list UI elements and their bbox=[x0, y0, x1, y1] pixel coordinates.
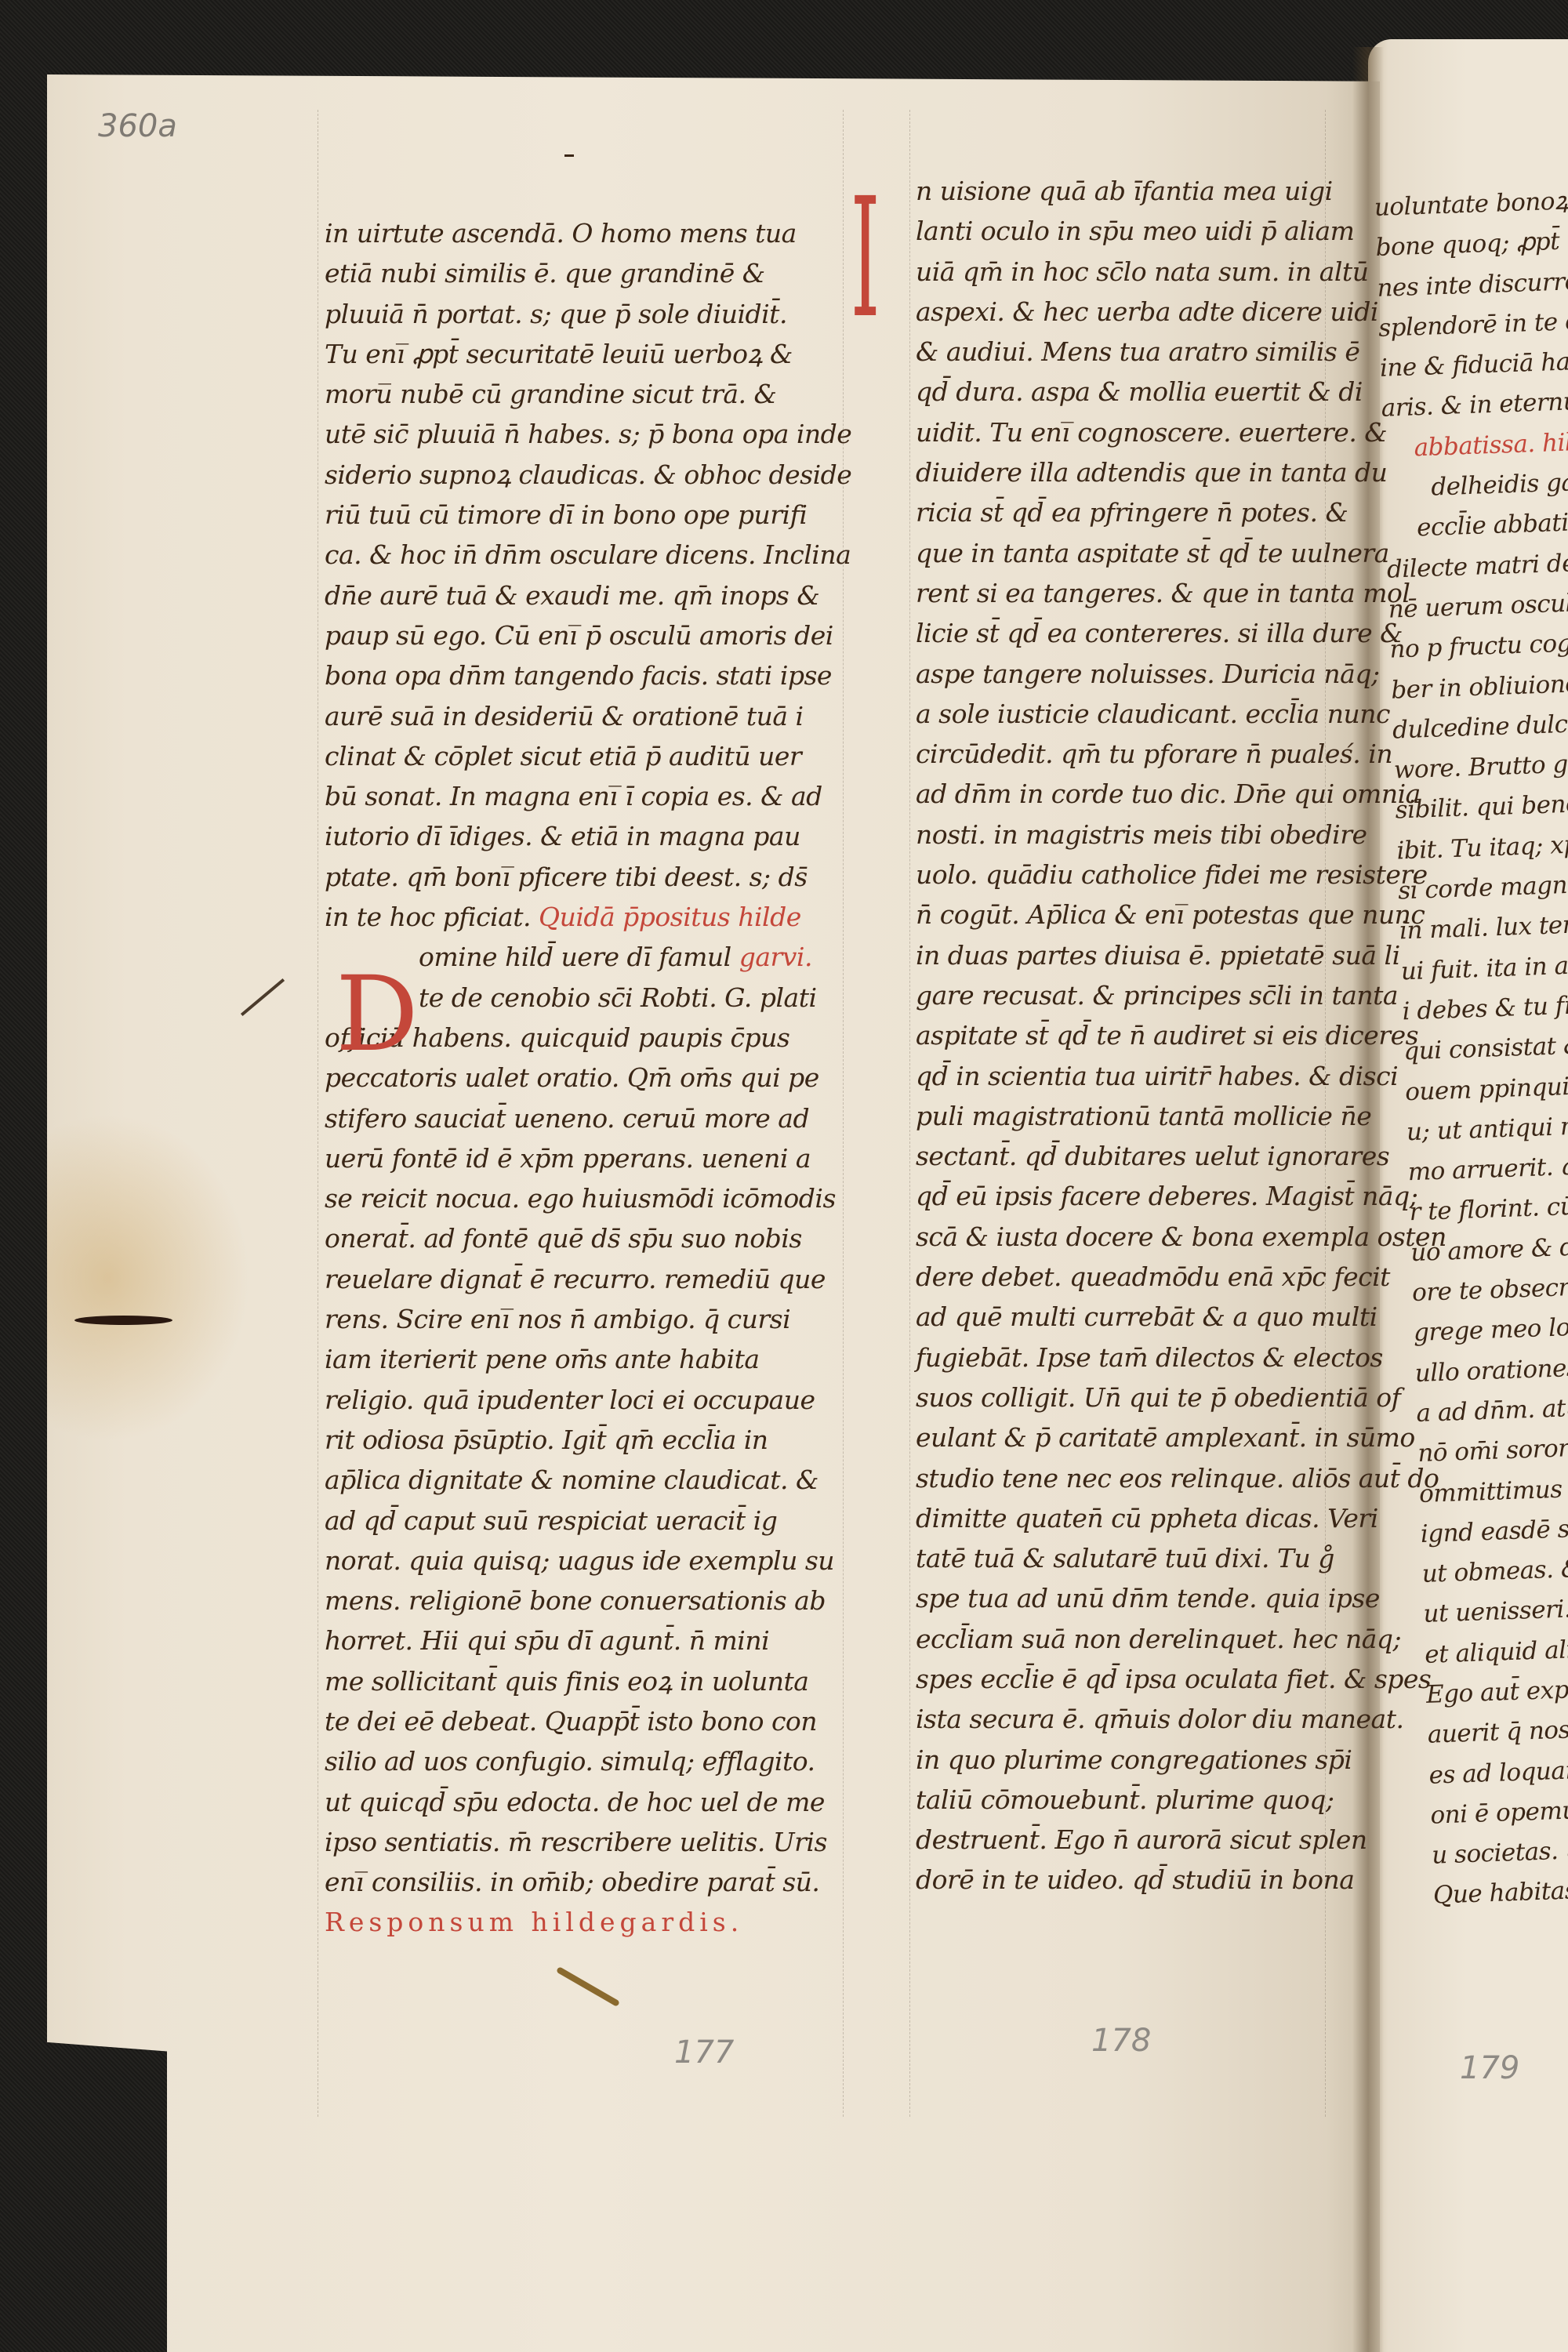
text-line: Tu eni̅ ꝓpt̄ securitatē leuiū uerboꝝ & bbox=[325, 334, 842, 374]
text-line: me sollicitant̄ quis finis eoꝝ in uolunt… bbox=[325, 1661, 842, 1701]
text-line: a ad dn̄m. atq; nos com bbox=[1416, 1387, 1568, 1434]
text-line: ap̄lica dignitate & nomine claudicat. & bbox=[325, 1460, 842, 1500]
text-line-start: omine hild̄ uere dī famul bbox=[419, 942, 731, 972]
text-line: aspexi. & hec uerba adte dicere uidi bbox=[916, 292, 1323, 332]
text-line: silio ad uos confugio. simulq; efflagito… bbox=[325, 1741, 842, 1781]
text-line: rens. Scire eni̅ nos n̄ ambigo. q̄ cursi bbox=[325, 1299, 842, 1339]
text-line: riū tuū cū timore dī in bono ope purifi bbox=[325, 495, 842, 535]
text-line: nō om̄i sororū tuaꝝ bbox=[1417, 1427, 1568, 1474]
text-line: que in tanta aspitate st̄ qd̄ te uulnera bbox=[916, 533, 1323, 573]
ruling-line bbox=[843, 110, 844, 2117]
text-line: etiā nubi similis ē. que grandinē & bbox=[325, 253, 842, 293]
text-line: ore te obsecro. peorq bbox=[1411, 1266, 1568, 1313]
text-line: mo arruerit. qui qu bbox=[1407, 1145, 1568, 1192]
text-line: rent si ea tangeres. & que in tanta mol bbox=[916, 573, 1323, 613]
decorated-initial-d: D bbox=[336, 963, 419, 1066]
rubric-heading: abbatissa. hilde g bbox=[1382, 423, 1568, 470]
text-line: a sole iusticie claudicant. eccl̄ia nunc bbox=[916, 694, 1323, 734]
text-line: sectant̄. qd̄ dubitares uelut ignorares bbox=[916, 1136, 1323, 1176]
text-line: eccl̄iam suā non derelinquet. hec nāq; bbox=[916, 1619, 1323, 1659]
text-line: iutorio dī īdiges. & etiā in magna pau bbox=[325, 816, 842, 856]
text-line: reuelare dignat̄ ē recurro. remediū que bbox=[325, 1259, 842, 1299]
text-line: tatē tuā & salutarē tuū dixi. Tu g̊ bbox=[916, 1538, 1323, 1578]
text-line: ad quē multi currebāt & a quo multi bbox=[916, 1297, 1323, 1337]
text-line: r te florint. cū me d bbox=[1409, 1186, 1568, 1233]
ink-mark bbox=[564, 154, 574, 157]
text-line: licie st̄ qd̄ ea contereres. si illa dur… bbox=[916, 613, 1323, 653]
text-line: qd̄ eū ipsis facere deberes. Magist̄ nāq… bbox=[916, 1176, 1323, 1216]
text-line: ista secura ē. qm̄uis dolor diu maneat. bbox=[916, 1699, 1323, 1739]
text-line: sibilit. qui bene dulcia bbox=[1395, 784, 1568, 831]
text-line: te dei eē debeat. Quapp̄t̄ isto bono con bbox=[325, 1701, 842, 1741]
text-line: destruent̄. Ego n̄ aurorā sicut splen bbox=[916, 1820, 1323, 1860]
text-line: qui consistat & amori bbox=[1403, 1025, 1568, 1073]
text-line: ptate. qm̄ boni̅ pficere tibi deest. s; … bbox=[325, 857, 842, 897]
text-line: u; ut antiqui muti bbox=[1406, 1105, 1568, 1152]
text-line: ad qd̄ caput suū respiciat ueracit̄ ig bbox=[325, 1501, 842, 1541]
text-line: bona opa dn̄m tangendo facis. stati ipse bbox=[325, 655, 842, 695]
text-line: in duas partes diuisa ē. ppietatē suā li bbox=[916, 935, 1323, 975]
text-line: taliū cōmouebunt̄. plurime quoq; bbox=[916, 1780, 1323, 1820]
text-line: studio tene nec eos relinque. aliōs aut̄… bbox=[916, 1458, 1323, 1498]
text-line: oni ē opemur. sicq; ar bbox=[1430, 1789, 1568, 1836]
text-line: et aliquid aliud uolueris bbox=[1424, 1628, 1568, 1675]
text-line: Ego aut̄ expedio te bbox=[1425, 1668, 1568, 1715]
text-line: horret. Hii qui sp̄u dī agunt̄. n̄ mini bbox=[325, 1621, 842, 1661]
text-line: ignd easdē sorores tua bbox=[1420, 1508, 1568, 1555]
text-line: ibit. Tu itaq; xp̄i colu bbox=[1396, 824, 1568, 871]
text-line-with-rubric: in te hoc pficiat. Quidā p̄positus hilde bbox=[325, 897, 842, 937]
text-column-right: n uisione quā ab īfantia mea uigi lanti … bbox=[916, 171, 1323, 1900]
text-line: religio. quā ipudenter loci ei occupaue bbox=[325, 1380, 842, 1420]
text-line: in uirtute ascendā. O homo mens tua bbox=[325, 213, 842, 253]
text-line: spes eccl̄ie ē qd̄ ipsa oculata fiet. & … bbox=[916, 1659, 1323, 1699]
text-line: scā & iusta docere & bona exempla osten bbox=[916, 1217, 1323, 1257]
text-line: eni̅ consiliis. in om̄ib; obedire parat̄… bbox=[325, 1862, 842, 1902]
text-line: dulcedine dulcē bonoꝝ bbox=[1392, 703, 1568, 750]
text-line: u societas. quā in nobis bbox=[1431, 1829, 1568, 1876]
text-line: diuidere illa adtendis que in tanta du bbox=[916, 452, 1323, 492]
text-line: dn̄e aurē tuā & exaudi me. qm̄ inops & bbox=[325, 575, 842, 615]
text-line: ipso sentiatis. m̄ rescribere uelitis. U… bbox=[325, 1822, 842, 1862]
text-line: bū sonat. In magna eni̅ ī copia es. & ad bbox=[325, 776, 842, 816]
text-line: norat. quia quisq; uagus ide exemplu su bbox=[325, 1541, 842, 1581]
text-line: ullo orationes & obsecra bbox=[1414, 1347, 1568, 1394]
text-line: uolo. quādiu catholice fidei me resister… bbox=[916, 855, 1323, 895]
text-line: auerit q̄ nos n̄ differat bbox=[1427, 1708, 1568, 1755]
text-line: spe tua ad unū dn̄m tende. quia ipse bbox=[916, 1578, 1323, 1618]
text-line: qd̄ dura. aspa & mollia euertit & di bbox=[916, 372, 1323, 412]
text-line: ui fuit. ita in a corde bbox=[1400, 945, 1568, 992]
text-line: nē uerum oscula sponsi bbox=[1388, 583, 1568, 630]
page-number: 179 bbox=[1460, 2050, 1519, 2086]
text-line: bone quoq; ꝓpt̄ has & al bbox=[1375, 221, 1568, 268]
text-line: eccl̄ie abbatissa q bbox=[1385, 503, 1568, 550]
text-line: delheidis gauder bbox=[1384, 463, 1568, 510]
parchment-tear bbox=[74, 1316, 172, 1325]
text-line: se reicit nocua. ego huiusmōdi icōmodis bbox=[325, 1178, 842, 1218]
text-line: stifero sauciat̄ ueneno. ceruū more ad bbox=[325, 1098, 842, 1138]
text-line: qd̄ in scientia tua uiritr̄ habes. & dis… bbox=[916, 1056, 1323, 1096]
text-line: eulant & p̄ caritatē amplexant̄. in sūmo bbox=[916, 1417, 1323, 1457]
text-line: n uisione quā ab īfantia mea uigi bbox=[916, 171, 1323, 211]
text-line: circūdedit. qm̄ tu pforare n̄ pualeś. in bbox=[916, 734, 1323, 774]
text-line-end: in te hoc pficiat. bbox=[325, 902, 531, 932]
text-line: puli magistrationū tantā mollicie n̄e bbox=[916, 1096, 1323, 1136]
text-line: dimitte quaten̄ cū ppheta dicas. Veri bbox=[916, 1498, 1323, 1538]
text-line: lanti oculo in sp̄u meo uidi p̄ aliam bbox=[916, 211, 1323, 251]
text-line: clinat & cōplet sicut etiā p̄ auditū uer bbox=[325, 736, 842, 776]
text-line: uoluntate bonoꝝ opum bbox=[1374, 181, 1568, 228]
text-line: uerū fontē id ē xp̄m pperans. ueneni a bbox=[325, 1138, 842, 1178]
text-line: fugiebāt. Ipse tam̄ dilectos & electos bbox=[916, 1338, 1323, 1377]
text-line: ommittimus tue consorti bbox=[1418, 1467, 1568, 1514]
page-number: 178 bbox=[1091, 2023, 1151, 2059]
text-line: ca. & hoc in̄ dn̄m osculare dicens. Incl… bbox=[325, 535, 842, 575]
text-line: es ad loquam. manu a bbox=[1428, 1748, 1568, 1795]
text-line: mens. religionē bone conuersationis ab bbox=[325, 1581, 842, 1621]
text-line: ine & fiduciā habe q bbox=[1379, 342, 1568, 389]
water-stain bbox=[47, 1113, 251, 1443]
text-line: dorē in te uideo. qd̄ studiū in bona bbox=[916, 1860, 1323, 1900]
decorated-initial-i: I bbox=[851, 176, 880, 341]
folio-number: 360a bbox=[98, 108, 177, 144]
text-line: uo amore & dilecti bbox=[1410, 1226, 1568, 1273]
text-line: utē sic̄ pluuiā n̄ habes. s; p̄ bona opa… bbox=[325, 414, 842, 454]
page-number: 177 bbox=[674, 2034, 734, 2071]
text-line: suos colligit. Un̄ qui te p̄ obedientiā … bbox=[916, 1377, 1323, 1417]
text-line: moru̅ nubē cū grandine sicut trā. & bbox=[325, 374, 842, 414]
rubric-name: garvi. bbox=[739, 942, 812, 972]
text-line: pluuiā n̄ portat. s; que p̄ sole diuidit… bbox=[325, 294, 842, 334]
text-line: Que habitas in h bbox=[1432, 1869, 1568, 1916]
text-line: i debes & tu frequent bbox=[1402, 985, 1568, 1032]
text-line: aspe tangere noluisses. Duricia nāq; bbox=[916, 654, 1323, 694]
text-line: ber in obliuionem. quia bbox=[1390, 663, 1568, 710]
text-line: aurē suā in desideriū & orationē tuā i bbox=[325, 696, 842, 736]
text-line: iam iterierit pene om̄s ante habita bbox=[325, 1339, 842, 1379]
rubric-heading: Quidā p̄positus hilde bbox=[539, 902, 801, 932]
text-line: dilecte matri de sc̄o Robi bbox=[1386, 543, 1568, 590]
rubric-response-heading: Responsum hildegardis. bbox=[325, 1902, 842, 1942]
text-line: ut uenisseri. litteris tis bbox=[1423, 1588, 1568, 1635]
text-line: aris. & in eternū uiue bbox=[1381, 382, 1568, 429]
text-line: ut obmeas. & dn̄ aliqu bbox=[1421, 1548, 1568, 1595]
text-line: paup sū ego. Cū eni̅ p̄ osculū amoris de… bbox=[325, 615, 842, 655]
text-line: uiā qm̄ in hoc sc̄lo nata sum. in altū bbox=[916, 252, 1323, 292]
text-line: in mali. lux tenebr bbox=[1399, 905, 1568, 952]
text-line: wore. Brutto gammali bbox=[1393, 744, 1568, 791]
text-line: rit odiosa p̄sūptio. Igit̄ qm̄ eccl̄ia i… bbox=[325, 1420, 842, 1460]
text-line: ad dn̄m in corde tuo dic. Dn̄e qui omnia bbox=[916, 774, 1323, 814]
text-line: in quo plurime congregationes sp̄i bbox=[916, 1740, 1323, 1780]
text-line: & audiui. Mens tua aratro similis ē bbox=[916, 332, 1323, 372]
text-line: grege meo locoq; in tu bbox=[1413, 1306, 1568, 1353]
ruling-line bbox=[909, 110, 910, 2117]
text-line: aspitate st̄ qd̄ te n̄ audiret si eis di… bbox=[916, 1015, 1323, 1055]
text-line: dere debet. queadmōdu enā xp̄c fecit bbox=[916, 1257, 1323, 1297]
text-line: ouem ppinquitate ti bbox=[1404, 1065, 1568, 1112]
text-line: ut quicqd̄ sp̄u edocta. de hoc uel de me bbox=[325, 1782, 842, 1822]
text-line: nosti. in magistris meis tibi obedire bbox=[916, 815, 1323, 855]
text-line: ricia st̄ qd̄ ea pfringere n̄ potes. & bbox=[916, 492, 1323, 532]
text-line: si corde magna & bbox=[1397, 864, 1568, 911]
text-line: siderio supnoꝝ claudicas. & obhoc deside bbox=[325, 455, 842, 495]
text-line: onerat̄. ad fontē quē ds̄ sp̄u suo nobis bbox=[325, 1218, 842, 1258]
text-line: n̄ cogūt. Ap̄lica & eni̅ potestas que nu… bbox=[916, 895, 1323, 935]
text-line: splendorē in te obnubi bbox=[1377, 302, 1568, 349]
text-line: nes inte discurrentē. q bbox=[1377, 261, 1568, 308]
ruling-line bbox=[318, 110, 318, 2117]
text-line: no p fructu cognita. bbox=[1389, 623, 1568, 670]
text-column-left: in uirtute ascendā. O homo mens tua etiā… bbox=[325, 213, 842, 1943]
text-line: gare recusat. & principes sc̄li in tanta bbox=[916, 975, 1323, 1015]
text-line: uidit. Tu eni̅ cognoscere. euertere. & bbox=[916, 412, 1323, 452]
